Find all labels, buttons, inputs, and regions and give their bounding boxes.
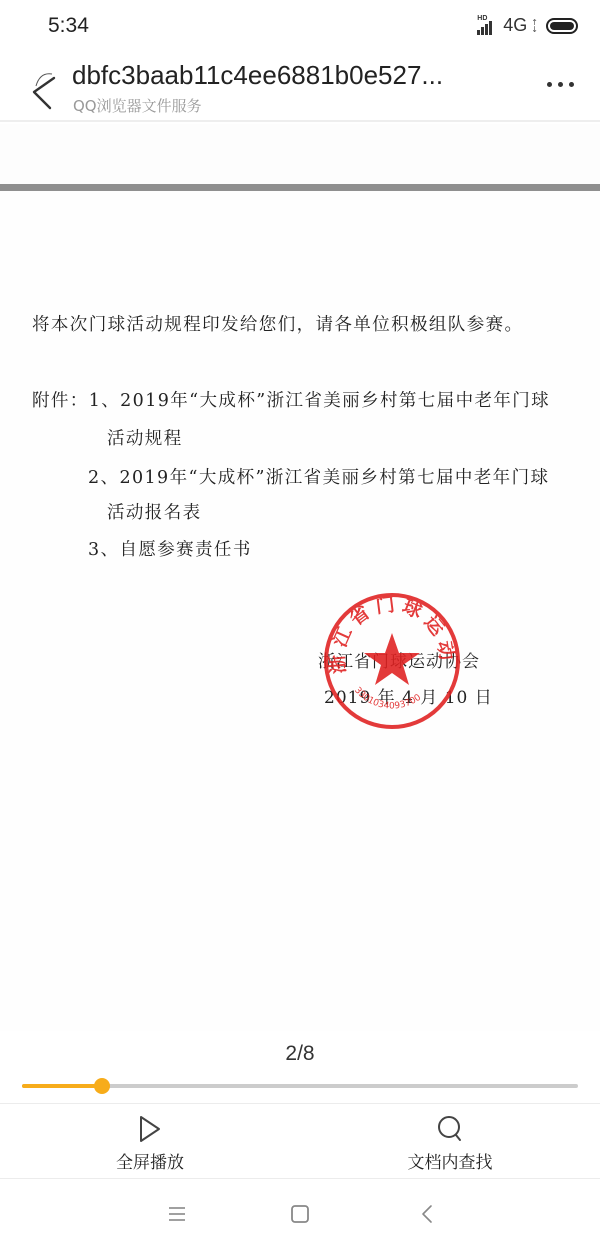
svg-text:3301034093700: 3301034093700: [352, 686, 423, 712]
page-divider: [0, 184, 600, 191]
title-bar: dbfc3baab11c4ee6881b0e527... QQ浏览器文件服务: [0, 50, 600, 122]
signal-icon: HD: [477, 17, 499, 35]
document-page[interactable]: 将本次门球活动规程印发给您们，请各单位积极组队参赛。 附件：1、2019年“大成…: [0, 191, 600, 1031]
menu-icon: [168, 1206, 186, 1222]
official-seal-icon: 浙江省门球运动协会 3301034093700: [322, 591, 462, 731]
back-chevron-icon: [26, 62, 64, 112]
home-icon: [290, 1204, 310, 1224]
back-nav-button[interactable]: [407, 1200, 447, 1228]
slider-thumb[interactable]: [94, 1078, 110, 1094]
attachment-line-2-cont: 活动报名表: [107, 499, 202, 524]
fullscreen-play-button[interactable]: 全屏播放: [80, 1104, 220, 1180]
system-nav-bar: [0, 1180, 600, 1249]
status-time: 5:34: [48, 14, 89, 38]
back-icon: [420, 1204, 434, 1224]
play-icon: [137, 1114, 163, 1144]
status-bar: 5:34 HD 4G ↑↓: [0, 0, 600, 50]
network-type: 4G: [503, 15, 527, 36]
find-in-document-button[interactable]: 文档内查找: [380, 1104, 520, 1180]
home-button[interactable]: [280, 1200, 320, 1228]
more-button[interactable]: [547, 82, 574, 87]
previous-page-bottom: [0, 124, 600, 184]
back-button[interactable]: [26, 62, 64, 112]
page-indicator: 2/8: [0, 1042, 600, 1066]
page-slider[interactable]: [22, 1078, 578, 1094]
attachment-line-3: 3、自愿参赛责任书: [88, 536, 252, 561]
battery-icon: [546, 18, 578, 34]
document-source: QQ浏览器文件服务: [73, 95, 202, 116]
search-icon: [435, 1114, 465, 1144]
recent-apps-button[interactable]: [157, 1200, 197, 1228]
bottom-toolbar: 全屏播放 文档内查找: [0, 1103, 600, 1179]
document-title: dbfc3baab11c4ee6881b0e527...: [72, 60, 443, 91]
slider-progress: [22, 1084, 102, 1088]
status-icons: HD 4G ↑↓: [477, 15, 578, 36]
attachment-line-1-cont: 活动规程: [107, 425, 183, 450]
attachment-line-2: 2、2019年“大成杯”浙江省美丽乡村第七届中老年门球: [88, 464, 549, 489]
attachment-line-1: 附件：1、2019年“大成杯”浙江省美丽乡村第七届中老年门球: [32, 387, 550, 412]
more-dots-icon: [547, 82, 552, 87]
document-paragraph: 将本次门球活动规程印发给您们，请各单位积极组队参赛。: [32, 311, 523, 336]
data-activity-icon: ↑↓: [531, 19, 538, 33]
